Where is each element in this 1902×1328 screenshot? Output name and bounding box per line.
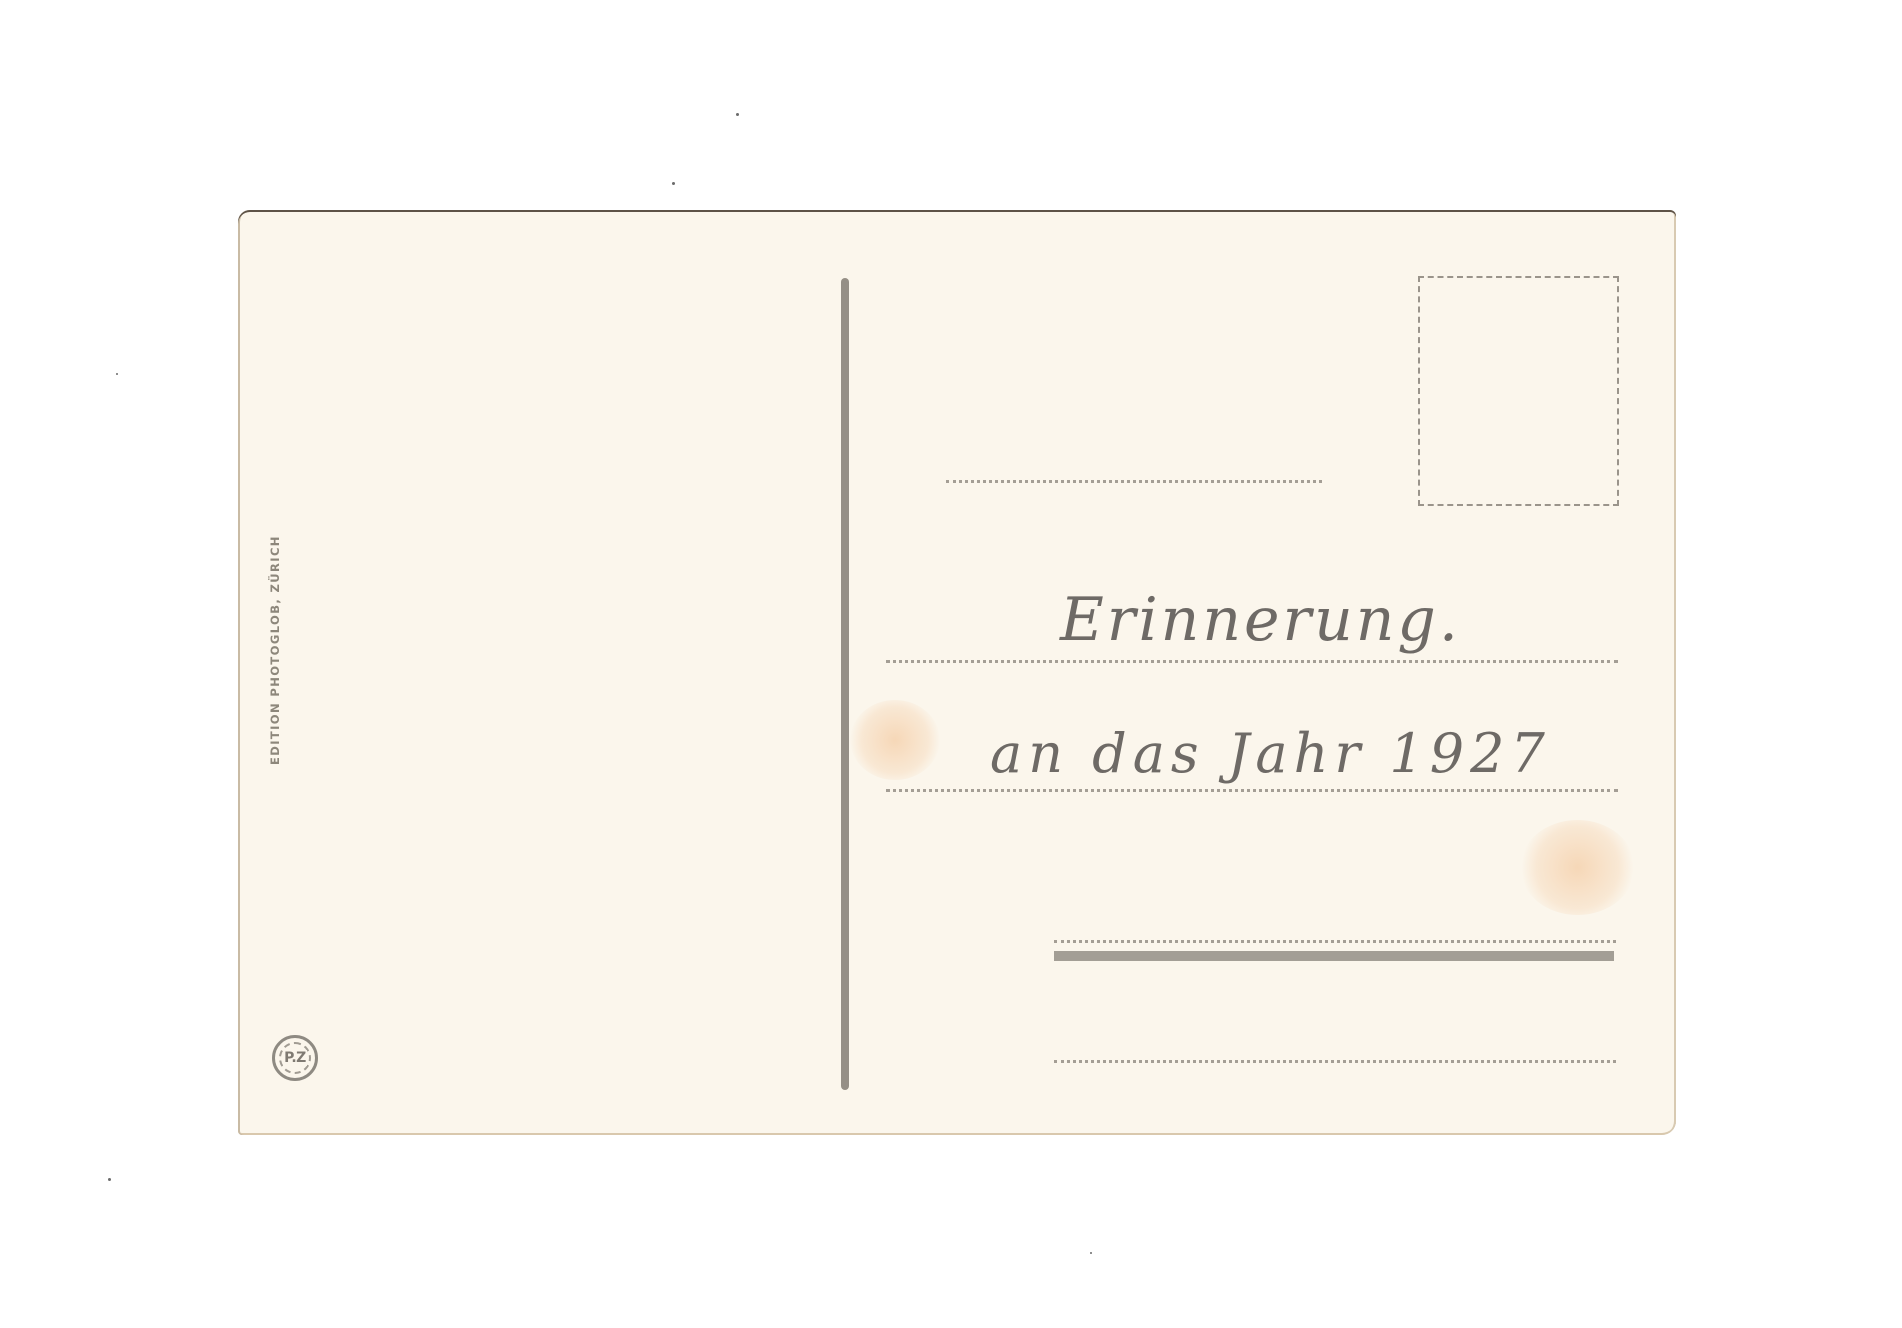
foxing-stain (850, 700, 940, 780)
address-line-4 (1054, 940, 1616, 943)
address-line-1 (946, 480, 1322, 483)
center-divider-line (841, 278, 849, 1090)
stamp-placeholder-box (1418, 276, 1619, 506)
dust-speck (108, 1178, 111, 1181)
publisher-logo-text: P.Z (283, 1050, 307, 1066)
publisher-logo-icon: P.Z (272, 1035, 318, 1081)
address-line-2 (886, 660, 1618, 663)
foxing-stain (1520, 820, 1635, 915)
handwritten-line-2: an das Jahr 1927 (990, 722, 1551, 785)
address-line-3 (886, 789, 1618, 792)
address-thick-line (1054, 951, 1614, 961)
handwritten-line-1: Erinnerung. (1060, 585, 1461, 655)
dust-speck (1090, 1252, 1092, 1254)
address-line-5 (1054, 1060, 1616, 1063)
publisher-imprint: EDITION PHOTOGLOB, ZÜRICH (268, 535, 282, 765)
dust-speck (672, 182, 675, 185)
dust-speck (116, 373, 118, 375)
dust-speck (736, 113, 739, 116)
